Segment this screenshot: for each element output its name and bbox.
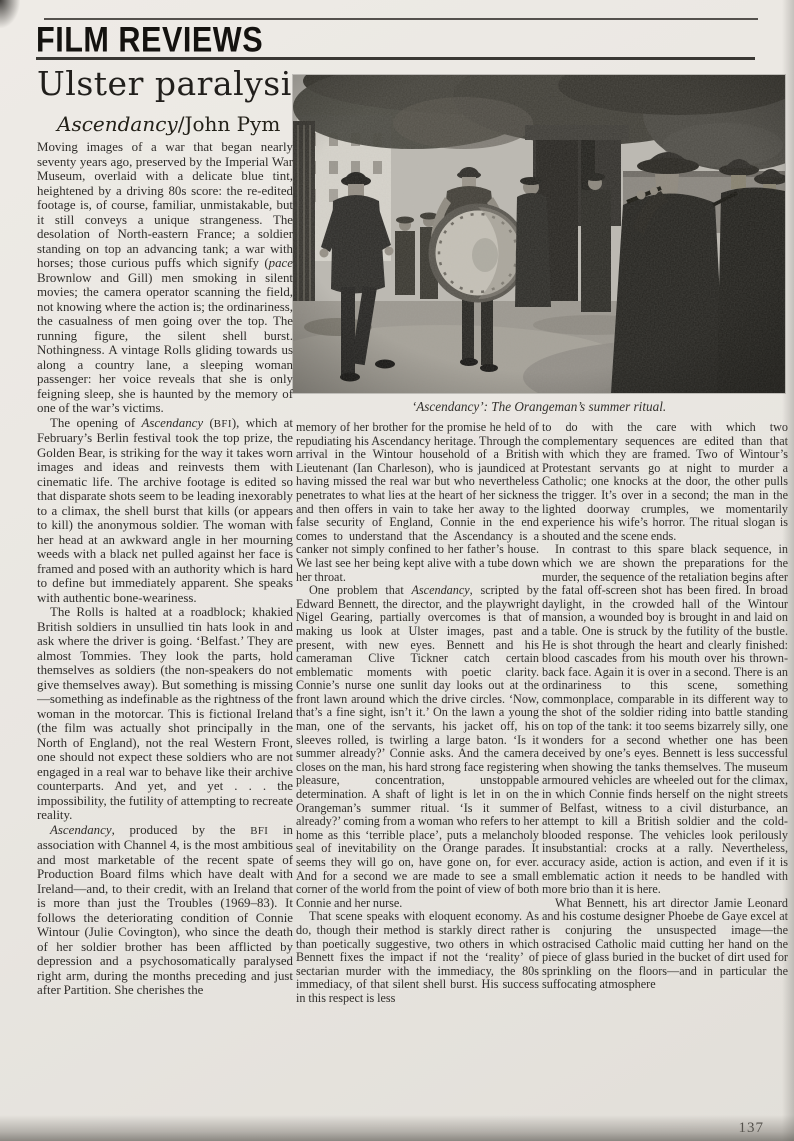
paragraph: to do with the care with which two compl…: [542, 421, 788, 543]
section-header: FILM REVIEWS: [36, 21, 263, 61]
parade-photo-illustration: [293, 75, 785, 393]
text-column-2: memory of her brother for the promise he…: [296, 421, 539, 1140]
magazine-page: FILM REVIEWS Ulster paralysis Ascendancy…: [0, 0, 794, 1141]
paragraph: The opening of Ascendancy (BFI), which a…: [37, 416, 293, 606]
article-byline: Ascendancy/John Pym: [57, 112, 280, 136]
paragraph: One problem that Ascendancy, scripted by…: [296, 584, 539, 910]
paragraph: What Bennett, his art director Jamie Leo…: [542, 897, 788, 992]
paragraph: Ascendancy, produced by the BFI in assoc…: [37, 823, 293, 998]
paragraph: memory of her brother for the promise he…: [296, 421, 539, 584]
text-column-3: to do with the care with which two compl…: [542, 421, 788, 1140]
article-title: Ulster paralysis: [37, 64, 309, 103]
byline-author: John Pym: [184, 112, 280, 136]
header-rule: [36, 57, 755, 60]
page-edge-shade: [782, 0, 794, 1141]
top-rule: [44, 18, 758, 20]
byline-film-title: Ascendancy: [57, 112, 178, 136]
photo-caption: ‘Ascendancy’: The Orangeman’s summer rit…: [293, 399, 785, 415]
article-photo: [293, 75, 785, 393]
paragraph: Moving images of a war that began nearly…: [37, 140, 293, 416]
text-column-1: Moving images of a war that began nearly…: [37, 140, 293, 1140]
paragraph: The Rolls is halted at a roadblock; khak…: [37, 605, 293, 823]
scan-smudge: [0, 0, 20, 28]
scan-shadow: [0, 1115, 794, 1141]
vignette: [293, 75, 785, 393]
paragraph: In contrast to this spare black sequence…: [542, 543, 788, 896]
paragraph: That scene speaks with eloquent economy.…: [296, 910, 539, 1005]
